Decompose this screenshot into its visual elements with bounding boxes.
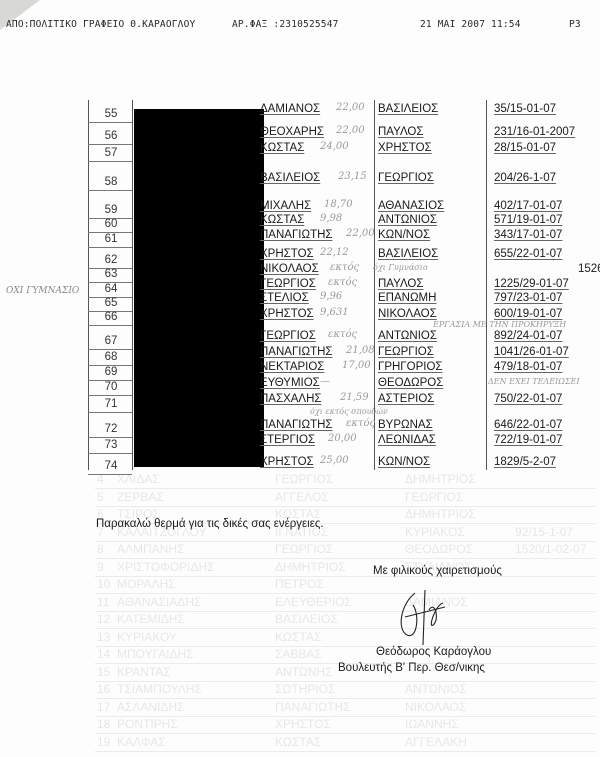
ghost-row: 10ΜΟΡΑΛΗΣΠΕΤΡΟΣ xyxy=(95,575,595,594)
father-cell: ΓΡΗΓΟΡΙΟΣ xyxy=(378,361,443,373)
ghost-surname: ΜΟΡΑΛΗΣ xyxy=(117,577,176,591)
father-cell: ΚΩΝ/ΝΟΣ xyxy=(378,229,430,241)
applicants-table: 55ΔΑΜΙΑΝΟΣΒΑΣΙΛΕΙΟΣ35/15-01-0722,0056ΘΕΟ… xyxy=(88,96,600,476)
first-name-cell: ΠΑΝΑΓΙΩΤΗΣ xyxy=(260,419,333,431)
row-number: 68 xyxy=(92,351,130,363)
ghost-row: 12ΚΑΤΕΜΙΔΗΣΒΑΣΙΛΕΙΟΣ xyxy=(95,610,595,629)
row-number: 72 xyxy=(92,423,130,435)
handwritten-grade: 20,00 xyxy=(328,433,357,444)
ghost-surname: ΑΘΑΝΑΣΙΑΔΗΣ xyxy=(117,595,201,609)
margin-note: ΟΧΙ ΓΥΜΝΑΣΙΟ xyxy=(6,286,79,296)
father-cell: ΧΡΗΣΤΟΣ xyxy=(378,142,432,154)
father-cell: ΠΑΥΛΟΣ xyxy=(378,278,423,290)
ghost-surname: ΧΡΙΣΤΟΦΟΡΙΔΗΣ xyxy=(117,560,215,574)
ghost-num: 8 xyxy=(97,542,104,556)
ghost-first-name: ΣΩΤΗΡΙΟΣ xyxy=(275,682,335,696)
handwritten-grade: 18,70 xyxy=(324,199,353,210)
handwritten-grade: 24,00 xyxy=(320,141,349,152)
first-name-cell: ΜΙΧΑΛΗΣ xyxy=(260,200,311,212)
bleed-through-table: 4ΧΛΙΔΑΣΓΕΩΡΓΙΟΣΔΗΜΗΤΡΙΟΣ5ΖΕΡΒΑΣΑΓΓΕΛΟΣΓΕ… xyxy=(95,470,595,757)
handwritten-grade: εκτός xyxy=(346,418,375,429)
row-number: 59 xyxy=(92,204,130,216)
ref-cell: 204/26-1-07 xyxy=(494,172,556,184)
handwritten-grade: 9,96 xyxy=(320,291,342,302)
row-divider xyxy=(88,474,132,475)
fax-page: P3 xyxy=(569,19,581,30)
handwritten-grade: 9,631 xyxy=(320,307,349,318)
fax-number: ΑΡ.ΦΑΞ :2310525547 xyxy=(232,19,339,30)
ghost-row: 5ΖΕΡΒΑΣΑΓΓΕΛΟΣΓΕΩΡΓΙΟΣ xyxy=(95,488,595,507)
row-divider xyxy=(88,437,132,438)
first-name-cell: ΠΑΝΑΓΙΩΤΗΣ xyxy=(260,346,333,358)
ref-cell: 28/15-01-07 xyxy=(494,142,556,154)
handwritten-grade: 17,00 xyxy=(342,360,371,371)
first-name-cell: ΠΑΣΧΑΛΗΣ xyxy=(260,393,322,405)
ghost-num: 16 xyxy=(97,682,110,696)
ghost-num: 14 xyxy=(97,647,110,661)
handwritten-note: όχι εκτός σπουδών xyxy=(310,407,388,416)
row-number: 57 xyxy=(92,147,130,159)
row-number: 63 xyxy=(92,268,130,280)
ref-cell: 646/22-01-07 xyxy=(494,419,562,431)
father-cell: ΕΠΑΝΩΜΗ xyxy=(378,292,436,304)
ghost-surname: ΤΣΙΑΜΠΟΥΛΗΣ xyxy=(117,682,202,696)
first-name-cell: ΝΕΚΤΑΡΙΟΣ xyxy=(260,361,324,373)
ghost-surname: ΚΑΤΕΜΙΔΗΣ xyxy=(117,612,185,626)
ref-cell: 35/15-01-07 xyxy=(494,103,556,115)
first-name-cell: ΓΕΩΡΓΙΟΣ xyxy=(260,278,316,290)
ghost-row: 16ΤΣΙΑΜΠΟΥΛΗΣΣΩΤΗΡΙΟΣΑΝΤΩΝΙΟΣ xyxy=(95,680,595,699)
ghost-first-name: ΕΛΕΥΘΕΡΙΟΣ xyxy=(275,595,352,609)
letter-closing: Με φιλικούς χαιρετισμούς xyxy=(373,565,502,577)
handwritten-grade: 23,15 xyxy=(338,171,367,182)
row-divider xyxy=(88,325,132,326)
first-name-cell: ΚΩΣΤΑΣ xyxy=(260,142,304,154)
ghost-row: 18ΡΟΝΤΙΡΗΣΧΡΗΣΤΟΣΙΩΑΝΝΗΣ xyxy=(95,715,595,734)
ghost-first-name: ΑΓΓΕΛΟΣ xyxy=(275,490,329,504)
ref-cell: 1225/29-01-07 xyxy=(494,278,569,290)
ghost-row: 9ΧΡΙΣΤΟΦΟΡΙΔΗΣΔΗΜΗΤΡΙΟΣΣΤΥΛΙΑΝΟΣ xyxy=(95,558,595,577)
father-cell: ΒΑΣΙΛΕΙΟΣ xyxy=(378,103,438,115)
ghost-surname: ΖΕΡΒΑΣ xyxy=(117,490,164,504)
row-divider xyxy=(88,412,132,413)
row-divider xyxy=(88,349,132,350)
first-name-cell: ΘΕΟΧΑΡΗΣ xyxy=(260,126,324,138)
row-number: 55 xyxy=(92,108,130,120)
ghost-row: 19ΚΑΛΦΑΣΚΩΣΤΑΣΑΓΓΕΛΑΚΗ xyxy=(95,733,595,752)
first-name-cell: ΚΩΣΤΑΣ xyxy=(260,214,304,226)
first-name-cell: ΧΡΗΣΤΟΣ xyxy=(260,456,314,468)
ref-cell: 892/24-01-07 xyxy=(494,330,562,342)
fax-datetime: 21 ΜΑΙ 2007 11:54 xyxy=(420,19,521,30)
ghost-first-name: ΠΑΝΑΓΙΩΤΗΣ xyxy=(275,700,351,714)
ghost-row: 13ΚΥΡΙΑΚΟΥΚΩΣΤΑΣ xyxy=(95,628,595,647)
handwritten-grade: εκτός xyxy=(328,329,357,340)
first-name-cell: ΓΕΩΡΓΙΟΣ xyxy=(260,330,316,342)
row-number: 58 xyxy=(92,176,130,188)
redacted-surnames xyxy=(134,109,264,467)
handwritten-grade: 22,12 xyxy=(320,247,349,258)
ghost-num: 9 xyxy=(97,560,104,574)
ghost-row: 17ΑΣΛΑΝΙΔΗΣΠΑΝΑΓΙΩΤΗΣΝΙΚΟΛΑΟΣ xyxy=(95,698,595,717)
ghost-num: 11 xyxy=(97,595,109,609)
first-name-cell: ΒΑΣΙΛΕΙΟΣ xyxy=(260,172,320,184)
ghost-first-name: ΣΑΒΒΑΣ xyxy=(275,647,322,661)
row-divider xyxy=(88,247,132,248)
ghost-surname: ΑΛΜΠΑΝΗΣ xyxy=(117,542,184,556)
father-cell: ΚΩΝ/ΝΟΣ xyxy=(378,456,430,468)
ghost-surname: ΑΣΛΑΝΙΔΗΣ xyxy=(117,700,185,714)
ghost-first-name: ΧΡΗΣΤΟΣ xyxy=(275,717,331,731)
row-number: 74 xyxy=(92,460,130,472)
signer-name: Θεόδωρος Καράογλου xyxy=(376,646,491,658)
ghost-first-name: ΑΝΤΩΝΗΣ xyxy=(275,665,333,679)
ref-cell: 797/23-01-07 xyxy=(494,292,562,304)
father-cell: ΛΕΩΝΙΔΑΣ xyxy=(378,434,436,446)
ref-cell: 1041/26-01-07 xyxy=(494,346,569,358)
ghost-first-name: ΒΑΣΙΛΕΙΟΣ xyxy=(275,612,338,626)
ref-cell: 479/18-01-07 xyxy=(494,361,562,373)
table-border xyxy=(88,100,89,470)
first-name-cell: ΧΡΗΣΤΟΣ xyxy=(260,308,314,320)
row-divider xyxy=(88,453,132,454)
handwritten-grade: — xyxy=(320,376,330,387)
father-cell: ΒΥΡΩΝΑΣ xyxy=(378,419,433,431)
ref-cell: 655/22-01-07 xyxy=(494,248,562,260)
first-name-cell: ΣΤΕΛΙΟΣ xyxy=(260,292,309,304)
row-divider xyxy=(88,190,132,191)
ghost-num: 19 xyxy=(97,735,110,749)
handwritten-note: ΕΡΓΑΣΙΑ ΜΕ ΤΗΝ ΠΡΟΚΗΡΥΞΗ xyxy=(433,320,566,329)
row-number: 73 xyxy=(92,439,130,451)
father-cell: ΝΙΚΟΛΑΟΣ xyxy=(378,308,437,320)
handwritten-grade: εκτός xyxy=(328,277,357,288)
ghost-father: ΝΙΚΟΛΑΟΣ xyxy=(405,700,466,714)
father-cell: ΑΣΤΕΡΙΟΣ xyxy=(378,393,434,405)
ghost-row: 8ΑΛΜΠΑΝΗΣΓΕΩΡΓΙΟΣΘΕΟΔΩΡΟΣ1520/1-02-07 xyxy=(95,540,595,559)
ghost-surname: ΚΑΛΦΑΣ xyxy=(117,735,166,749)
handwritten-grade: 22,00 xyxy=(336,102,365,113)
ghost-father: ΑΓΓΕΛΑΚΗ xyxy=(405,735,467,749)
first-name-cell: ΕΥΘΥΜΙΟΣ xyxy=(260,377,320,389)
ghost-first-name: ΚΩΣΤΑΣ xyxy=(275,630,321,644)
handwritten-grade: 22,00 xyxy=(346,228,375,239)
ref-cell: 1829/5-2-07 xyxy=(494,456,556,468)
ghost-first-name: ΔΗΜΗΤΡΙΟΣ xyxy=(275,560,346,574)
ghost-father: ΘΕΟΔΩΡΟΣ xyxy=(405,542,473,556)
row-number: 56 xyxy=(92,130,130,142)
row-number: 71 xyxy=(92,398,130,410)
ghost-num: 5 xyxy=(97,490,104,504)
ghost-father: ΔΗΜΗΤΡΙΟΣ xyxy=(405,507,476,521)
ghost-father: ΚΥΡΙΑΚΟΣ xyxy=(405,525,465,539)
row-number: 67 xyxy=(92,335,130,347)
row-divider xyxy=(88,144,132,145)
ghost-num: 17 xyxy=(97,700,110,714)
row-number: 62 xyxy=(92,254,130,266)
ghost-father: ΑΝΤΩΝΙΟΣ xyxy=(405,682,467,696)
ghost-num: 18 xyxy=(97,717,110,731)
ghost-surname: ΜΠΟΥΓΑΙΔΗΣ xyxy=(117,647,194,661)
table-border xyxy=(486,100,487,470)
ghost-father: ΙΩΑΝΝΗΣ xyxy=(405,717,459,731)
ref-cell: 722/19-01-07 xyxy=(494,434,562,446)
ghost-surname: ΚΥΡΙΑΚΟΥ xyxy=(117,630,177,644)
father-cell: ΑΘΑΝΑΣΙΟΣ xyxy=(378,200,444,212)
father-cell: ΘΕΟΔΩΡΟΣ xyxy=(378,377,443,389)
ref-cell: 402/17-01-07 xyxy=(494,200,562,212)
ghost-num: 10 xyxy=(97,577,110,591)
ref-cell: 231/16-01-2007 xyxy=(494,126,575,138)
signer-role: Βουλευτής Β' Περ. Θεσ/νικης xyxy=(338,662,485,674)
ghost-first-name: ΓΕΩΡΓΙΟΣ xyxy=(275,542,333,556)
ghost-row: 11ΑΘΑΝΑΣΙΑΔΗΣΕΛΕΥΘΕΡΙΟΣΔΑΜΙΑΝΟΣ xyxy=(95,593,595,612)
ghost-ref: 1520/1-02-07 xyxy=(515,542,586,556)
table-border xyxy=(132,100,133,470)
ref-cell: 571/19-01-07 xyxy=(494,214,562,226)
father-cell: ΑΝΤΩΝΙΟΣ xyxy=(378,330,437,342)
fax-sender: ΑΠΟ:ΠΟΛΙΤΙΚΟ ΓΡΑΦΕΙΟ Θ.ΚΑΡΑΟΓΛΟΥ xyxy=(6,19,195,30)
row-divider xyxy=(88,395,132,396)
first-name-cell: ΝΙΚΟΛΑΟΣ xyxy=(260,263,319,275)
first-name-cell: ΧΡΗΣΤΟΣ xyxy=(260,248,314,260)
handwritten-grade: 25,00 xyxy=(320,455,349,466)
ref-cell: 343/17-01-07 xyxy=(494,229,562,241)
handwritten-grade: 21,08 xyxy=(346,345,375,356)
ghost-num: 15 xyxy=(97,665,110,679)
row-number: 65 xyxy=(92,297,130,309)
row-number: 66 xyxy=(92,311,130,323)
handwritten-grade: εκτός xyxy=(330,262,359,273)
father-cell: ΒΑΣΙΛΕΙΟΣ xyxy=(378,248,438,260)
first-name-cell: ΔΑΜΙΑΝΟΣ xyxy=(260,103,320,115)
ref-cell: 1526 xyxy=(578,263,600,275)
handwritten-note: όχι Γυμνάσιο xyxy=(373,263,428,272)
ghost-ref: 92/15-1-07 xyxy=(515,525,573,539)
row-divider xyxy=(88,161,132,162)
handwritten-grade: 9,98 xyxy=(320,213,342,224)
row-number: 70 xyxy=(92,381,130,393)
fax-header: ΑΠΟ:ΠΟΛΙΤΙΚΟ ΓΡΑΦΕΙΟ Θ.ΚΑΡΑΟΓΛΟΥ ΑΡ.ΦΑΞ … xyxy=(2,19,598,33)
ghost-num: 12 xyxy=(97,612,110,626)
row-divider xyxy=(88,122,132,123)
ghost-first-name: ΠΕΤΡΟΣ xyxy=(275,577,324,591)
handwritten-grade: 22,00 xyxy=(336,125,365,136)
ghost-surname: ΡΟΝΤΙΡΗΣ xyxy=(117,717,178,731)
ghost-father: ΓΕΩΡΓΙΟΣ xyxy=(405,490,463,504)
father-cell: ΑΝΤΩΝΙΟΣ xyxy=(378,214,437,226)
signature xyxy=(395,585,455,650)
father-cell: ΠΑΥΛΟΣ xyxy=(378,126,423,138)
ghost-first-name: ΚΩΣΤΑΣ xyxy=(275,735,321,749)
row-number: 64 xyxy=(92,283,130,295)
ghost-num: 13 xyxy=(97,630,110,644)
ref-cell: 750/22-01-07 xyxy=(494,393,562,405)
first-name-cell: ΠΑΝΑΓΙΩΤΗΣ xyxy=(260,229,333,241)
father-cell: ΓΕΩΡΓΙΟΣ xyxy=(378,346,434,358)
father-cell: ΓΕΩΡΓΙΟΣ xyxy=(378,172,434,184)
letter-body: Παρακαλώ θερμά για τις δικές σας ενέργει… xyxy=(96,518,324,530)
row-number: 69 xyxy=(92,366,130,378)
ref-cell: 600/19-01-07 xyxy=(494,308,562,320)
first-name-cell: ΣΤΕΡΓΙΟΣ xyxy=(260,434,315,446)
ghost-surname: ΚΡΑΝΤΑΣ xyxy=(117,665,171,679)
handwritten-note: ΔΕΝ ΕΧΕΙ ΤΕΛΕΙΩΣΕΙ xyxy=(488,377,579,386)
handwritten-grade: 21,59 xyxy=(340,392,369,403)
row-number: 61 xyxy=(92,233,130,245)
row-number: 60 xyxy=(92,218,130,230)
